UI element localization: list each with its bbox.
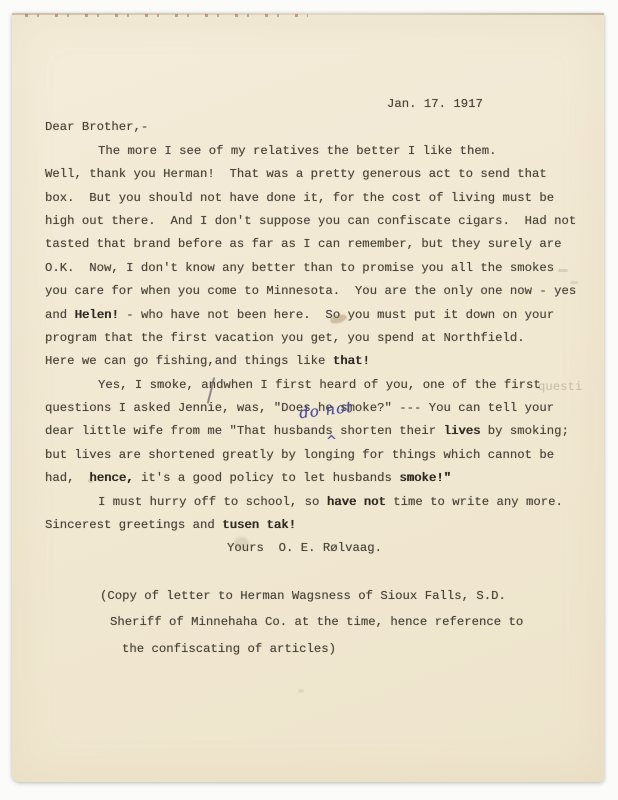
typed-line: box. But you should not have done it, fo…: [45, 187, 601, 210]
typed-line: O.K. Now, I don't know any better than t…: [45, 257, 601, 280]
typed-text: that!: [333, 354, 370, 368]
typed-text: have not: [327, 495, 386, 509]
typed-text: Sheriff of Minnehaha Co. at the time, he…: [110, 615, 523, 629]
salutation: Dear Brother,-: [45, 116, 601, 139]
typed-text: the confiscating of articles): [122, 642, 336, 656]
typed-line: the confiscating of articles): [45, 636, 601, 662]
erased-text: questi: [538, 376, 582, 399]
date-line: Jan. 17. 1917: [45, 93, 601, 116]
typed-text: I must hurry off to school, so: [98, 495, 327, 509]
typed-line: Yours O. E. Rølvaag.: [45, 537, 601, 560]
typed-text: and: [45, 308, 75, 322]
typed-line: dear little wife from me "That husbands …: [45, 420, 601, 443]
typed-line: Here we can go fishing,and things like t…: [45, 350, 601, 373]
typed-line: Well, thank you Herman! That was a prett…: [45, 163, 601, 186]
typed-text: it's a good policy to let husbands: [134, 471, 400, 485]
typed-line: high out there. And I don't suppose you …: [45, 210, 601, 233]
typed-text: tasted that brand before as far as I can…: [45, 237, 562, 251]
typed-text: program that the first vacation you get,…: [45, 331, 525, 345]
scan-background: Jan. 17. 1917 Dear Brother,- The more I …: [0, 0, 618, 800]
typed-line: (Copy of letter to Herman Wagsness of Si…: [45, 583, 601, 609]
typed-text: high out there. And I don't suppose you …: [45, 214, 576, 228]
typed-line: tasted that brand before as far as I can…: [45, 233, 601, 256]
typed-text: you care for when you come to Minnesota.…: [45, 284, 576, 298]
typed-line: The more I see of my relatives the bette…: [45, 140, 601, 163]
typed-text: box. But you should not have done it, fo…: [45, 191, 554, 205]
letter-body: Jan. 17. 1917 Dear Brother,- The more I …: [45, 93, 601, 561]
typed-text: - who have not been here. So you must pu…: [119, 308, 554, 322]
typed-text: had,: [45, 471, 89, 485]
typed-line: but lives are shortened greatly by longi…: [45, 444, 601, 467]
typed-text: O.K. Now, I don't know any better than t…: [45, 261, 554, 275]
typed-text: Here we can go fishing,and things like: [45, 354, 333, 368]
typed-line: program that the first vacation you get,…: [45, 327, 601, 350]
typed-text: dear little wife from me "That husbands …: [45, 424, 443, 438]
typed-text: Helen!: [75, 308, 119, 322]
typed-text: Yours O. E. Rølvaag.: [227, 541, 382, 555]
tape-residue-stain: [18, 14, 308, 17]
typed-text: The more I see of my relatives the bette…: [98, 144, 496, 158]
typed-line: I must hurry off to school, so have not …: [45, 491, 601, 514]
typed-line: and Helen! - who have not been here. So …: [45, 304, 601, 327]
typed-text: Yes, I smoke, andwhen I first heard of y…: [98, 378, 541, 392]
typed-text: but lives are shortened greatly by longi…: [45, 448, 554, 462]
letter-page: Jan. 17. 1917 Dear Brother,- The more I …: [12, 13, 604, 782]
typed-text: lives: [443, 424, 480, 438]
typed-text: smoke!": [399, 471, 451, 485]
insertion-caret-icon: ^: [326, 434, 337, 449]
typed-line: Sincerest greetings and tusen tak!: [45, 514, 601, 537]
typed-text: Well, thank you Herman! That was a prett…: [45, 167, 547, 181]
typed-text: hence,: [89, 471, 133, 485]
paper-speck: [298, 689, 304, 693]
typed-text: Sincerest greetings and: [45, 518, 222, 532]
typed-line: Sheriff of Minnehaha Co. at the time, he…: [45, 609, 601, 635]
typed-text: time to write any more.: [386, 495, 563, 509]
typed-text: (Copy of letter to Herman Wagsness of Si…: [100, 589, 506, 603]
typed-line: you care for when you come to Minnesota.…: [45, 280, 601, 303]
date-text: Jan. 17. 1917: [387, 97, 483, 111]
postscript-block: (Copy of letter to Herman Wagsness of Si…: [45, 583, 601, 662]
typed-text: by smoking;: [480, 424, 569, 438]
typed-line: Yes, I smoke, andwhen I first heard of y…: [45, 374, 601, 397]
typed-line: had, hence, it's a good policy to let hu…: [45, 467, 601, 490]
typed-text: tusen tak!: [222, 518, 296, 532]
letter-lines: The more I see of my relatives the bette…: [45, 140, 601, 561]
